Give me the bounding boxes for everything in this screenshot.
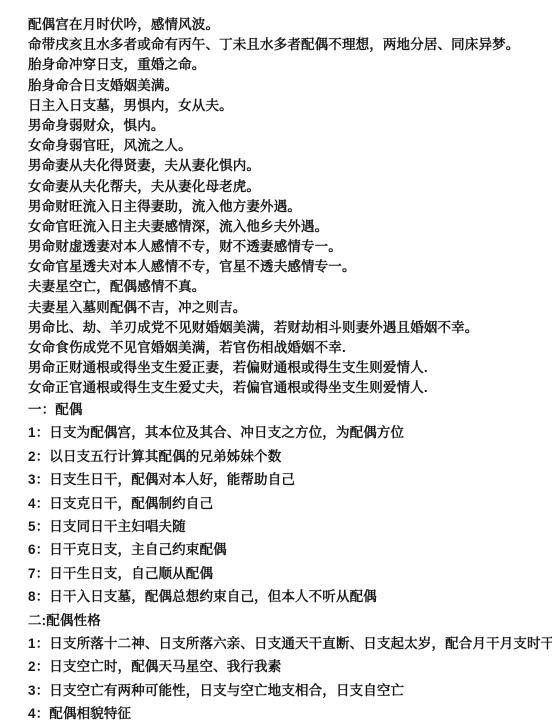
text-line: 命带戌亥且水多者或命有丙午、丁未且水多者配偶不理想，两地分居、同床异梦。 xyxy=(28,35,546,55)
list-item: 3：日支空亡有两种可能性，日支与空亡地支相合，日支自空亡 xyxy=(28,679,550,702)
section-heading: 一：配偶 xyxy=(28,398,550,421)
list-item: 7：日干生日支，自己顺从配偶 xyxy=(28,562,550,585)
text-line: 日主入日支墓，男惧内，女从夫。 xyxy=(28,96,546,116)
list-item: 1：日支为配偶宫，其本位及其合、冲日支之方位，为配偶方位 xyxy=(28,421,550,444)
list-item: 2：以日支五行计算其配偶的兄弟姊妹个数 xyxy=(28,445,550,468)
list-item: 5：日支同日干主妇唱夫随 xyxy=(28,515,550,538)
text-line: 女命官星透夫对本人感情不专，官星不透夫感情专一。 xyxy=(28,257,546,277)
text-line: 男命财虚透妻对本人感情不专，财不透妻感情专一。 xyxy=(28,237,546,257)
text-line: 女命身弱官旺，风流之人。 xyxy=(28,136,546,156)
text-line: 胎身命合日支婚姻美满。 xyxy=(28,76,546,96)
text-line: 女命正官通根或得生支生爱丈夫，若偏官通根或得坐支生则爱情人. xyxy=(28,378,546,398)
text-line: 女命食伤成党不见官婚姻美满，若官伤相战婚姻不幸. xyxy=(28,338,546,358)
numbered-sections-block: 一：配偶 1：日支为配偶宫，其本位及其合、冲日支之方位，为配偶方位 2：以日支五… xyxy=(28,398,550,724)
list-item: 4：配偶相貌特征 xyxy=(28,702,550,724)
section-heading: 二:配偶性格 xyxy=(28,609,550,632)
document-page: 配偶宫在月时伏吟，感情风波。 命带戌亥且水多者或命有丙午、丁未且水多者配偶不理想… xyxy=(0,0,552,724)
text-line: 夫妻星空亡，配偶感情不真。 xyxy=(28,277,546,297)
list-item: 1：日支所落十二神、日支所落六亲、日支通天干直断、日支起太岁，配合月干月支时干 xyxy=(28,632,550,655)
list-item: 8：日干入日支墓，配偶总想约束自己，但本人不听从配偶 xyxy=(28,585,550,608)
text-line: 男命财旺流入日主得妻助，流入他方妻外遇。 xyxy=(28,197,546,217)
text-line: 胎身命冲穿日支，重婚之命。 xyxy=(28,55,546,75)
text-line: 男命正财通根或得坐支生爱正妻，若偏财通根或得生支生则爱情人. xyxy=(28,358,546,378)
text-line: 配偶宫在月时伏吟，感情风波。 xyxy=(28,15,546,35)
text-line: 夫妻星入墓则配偶不吉，冲之则吉。 xyxy=(28,298,546,318)
text-line: 男命比、劫、羊刃成党不见财婚姻美满，若财劫相斗则妻外遇且婚姻不幸。 xyxy=(28,318,546,338)
intro-paragraph-block: 配偶宫在月时伏吟，感情风波。 命带戌亥且水多者或命有丙午、丁未且水多者配偶不理想… xyxy=(28,15,546,399)
list-item: 6：日干克日支，主自己约束配偶 xyxy=(28,538,550,561)
text-line: 男命身弱财众，惧内。 xyxy=(28,116,546,136)
list-item: 3：日支生日干，配偶对本人好，能帮助自己 xyxy=(28,468,550,491)
text-line: 女命官旺流入日主夫妻感情深，流入他乡夫外遇。 xyxy=(28,217,546,237)
text-line: 男命妻从夫化得贤妻，夫从妻化惧内。 xyxy=(28,156,546,176)
list-item: 2：日支空亡时，配偶天马星空、我行我素 xyxy=(28,655,550,678)
list-item: 4：日支克日干，配偶制约自己 xyxy=(28,492,550,515)
text-line: 女命妻从夫化帮夫，夫从妻化母老虎。 xyxy=(28,177,546,197)
